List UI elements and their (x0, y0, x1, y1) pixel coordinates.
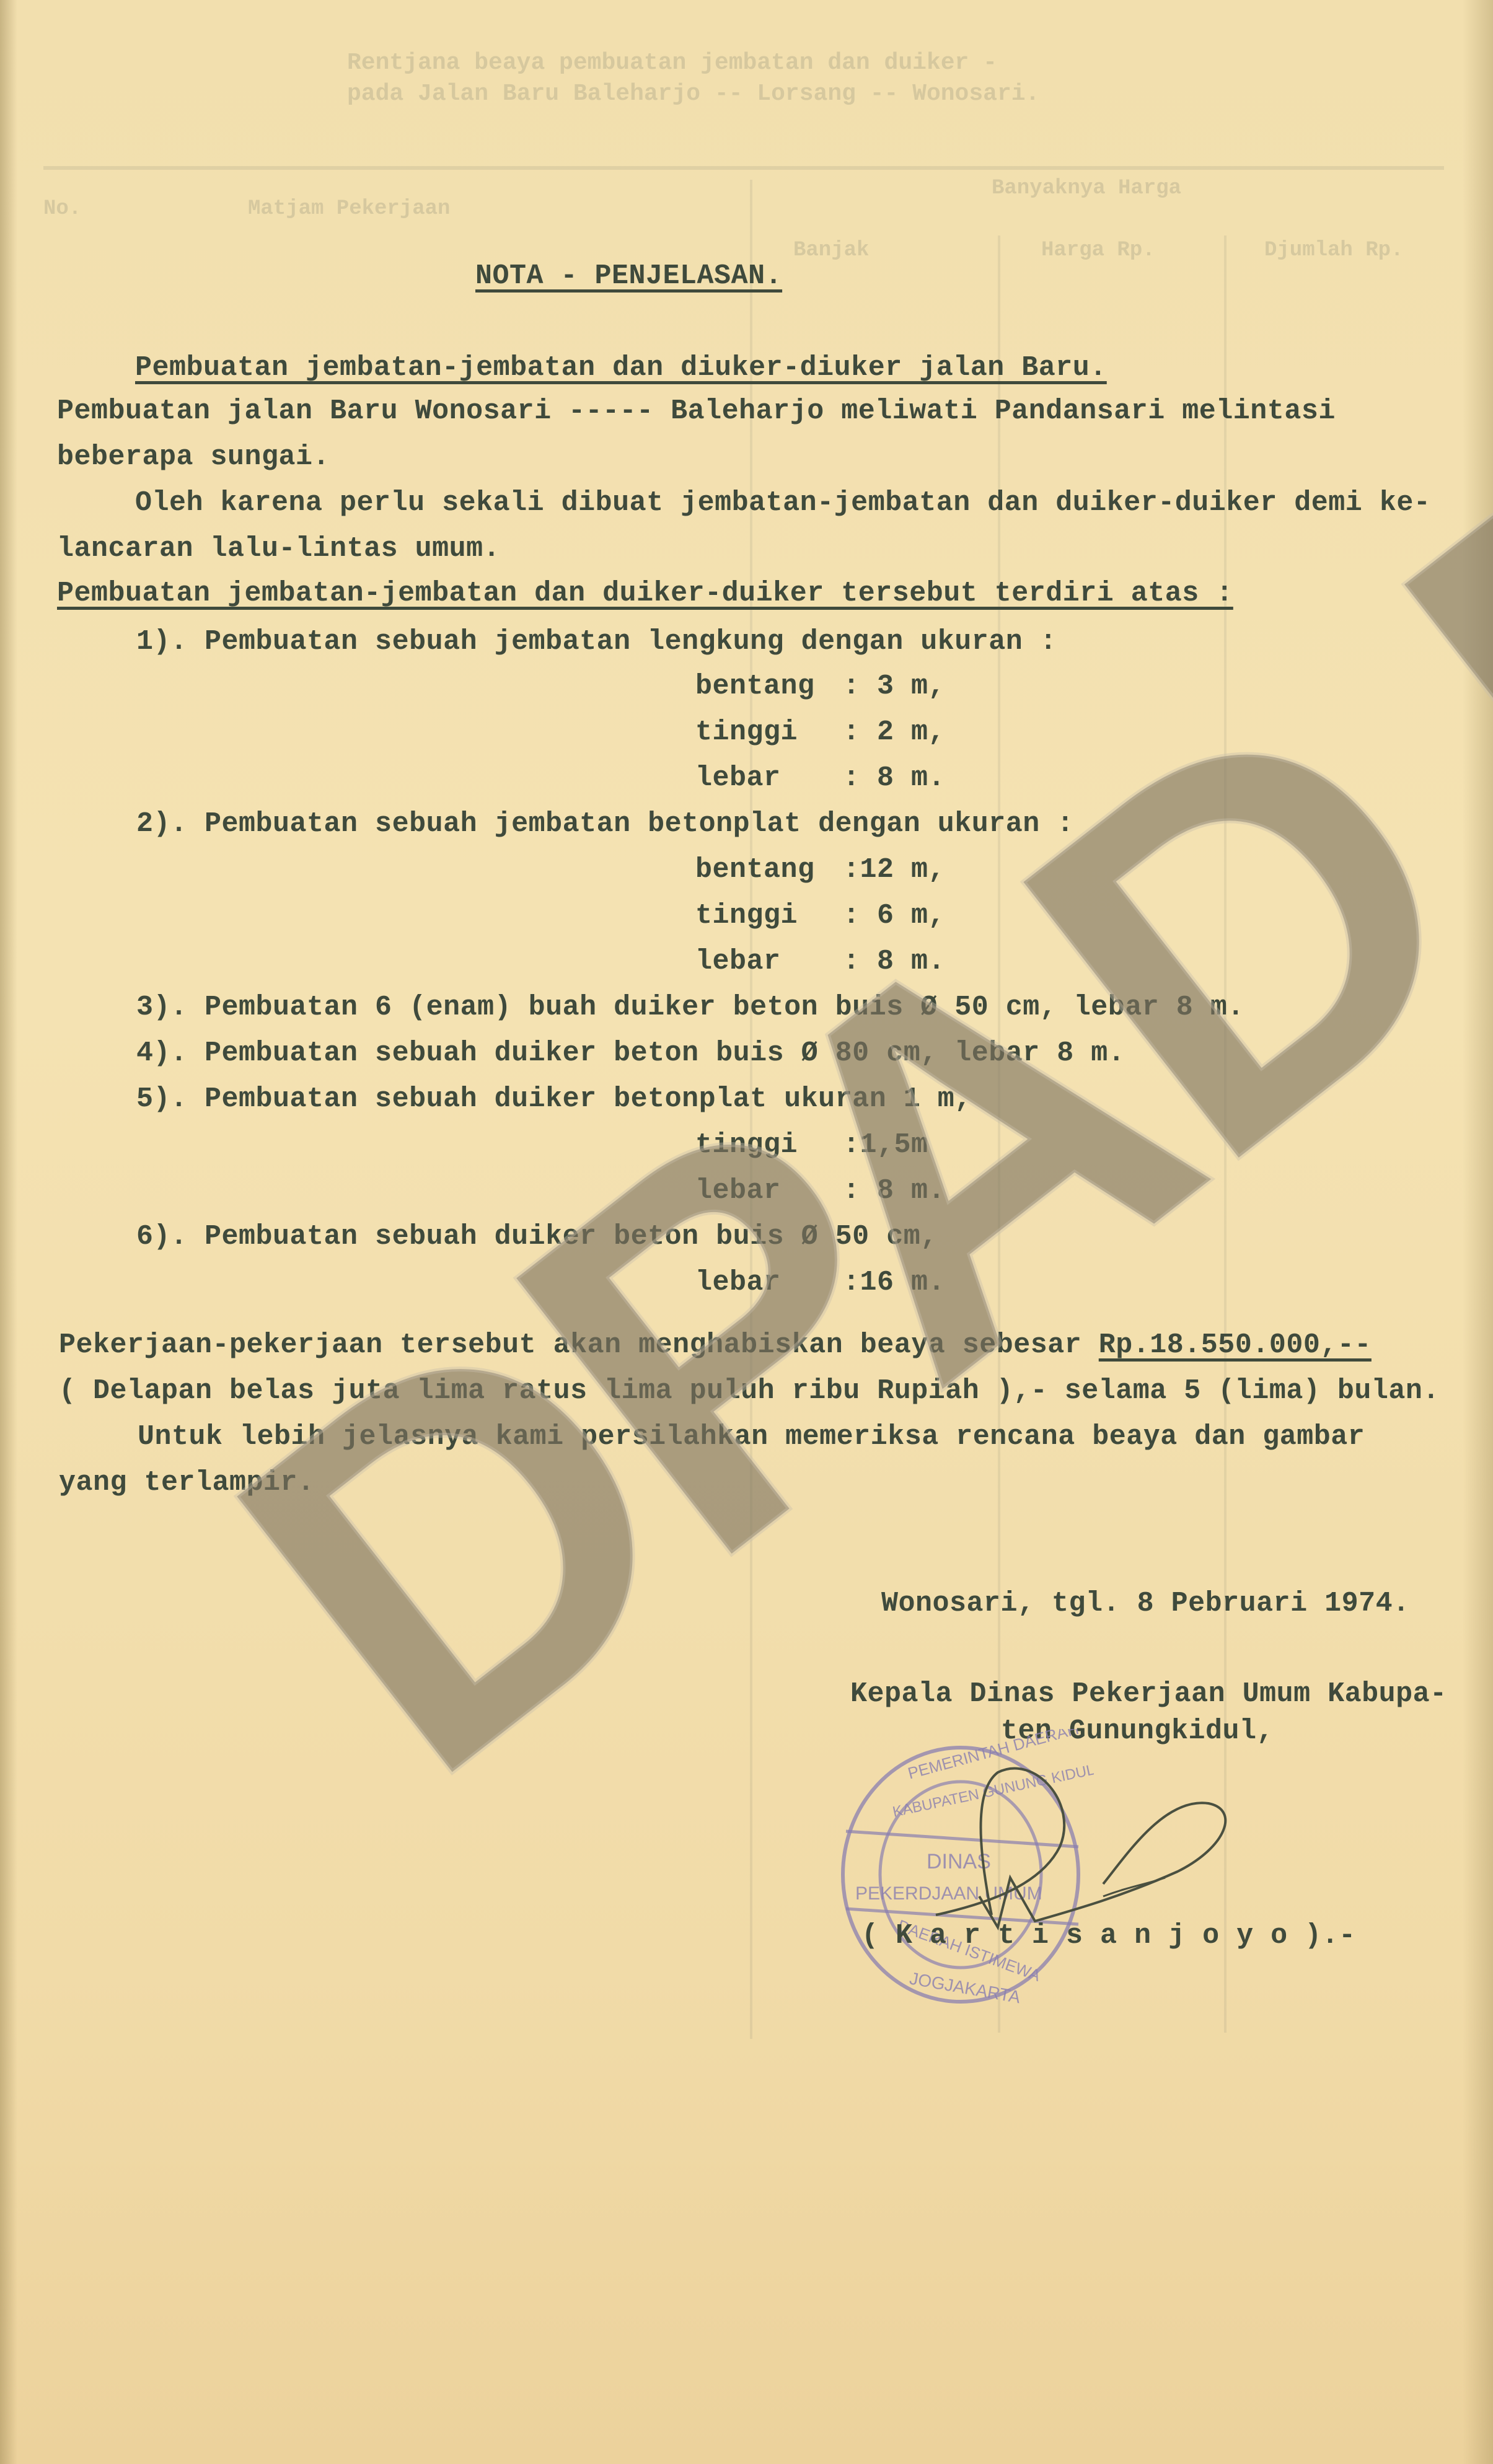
dim-label: bentang (695, 671, 815, 702)
paragraph-line: Oleh karena perlu sekali dibuat jembatan… (135, 487, 1430, 519)
signature-icon (917, 1754, 1301, 1940)
ghost-col-price: Harga Rp. (1041, 239, 1155, 262)
ghost-col-no: No. (43, 197, 81, 221)
page-title: NOTA - PENJELASAN. (475, 260, 782, 292)
ghost-rule (43, 166, 1444, 170)
ghost-header-1: Rentjana beaya pembuatan jembatan dan du… (347, 50, 997, 76)
place-date: Wonosari, tgl. 8 Pebruari 1974. (881, 1588, 1410, 1619)
ghost-col-cost: Banyaknya Harga (992, 177, 1181, 200)
dim-label: lebar (695, 762, 781, 794)
ghost-col-work: Matjam Pekerjaan (248, 197, 450, 221)
ghost-col-total: Djumlah Rp. (1264, 239, 1403, 262)
section-heading: Pembuatan jembatan-jembatan dan diuker-d… (135, 352, 1107, 384)
dim-label: bentang (695, 854, 815, 886)
signatory-name: ( K a r t i s a n j o y o ).- (861, 1920, 1356, 1951)
paragraph-line: Pembuatan jalan Baru Wonosari ----- Bale… (57, 395, 1336, 427)
signatory-position: Kepala Dinas Pekerjaan Umum Kabupa- (850, 1678, 1447, 1710)
dim-value: : 8 m. (843, 762, 945, 794)
dim-value: : 3 m, (843, 671, 945, 702)
list-heading: Pembuatan jembatan-jembatan dan duiker-d… (57, 578, 1233, 609)
paragraph-line: lancaran lalu-lintas umum. (57, 533, 500, 565)
list-item: 1). Pembuatan sebuah jembatan lengkung d… (136, 626, 1057, 658)
paragraph-line: beberapa sungai. (57, 441, 330, 473)
ghost-header-2: pada Jalan Baru Baleharjo -- Lorsang -- … (347, 81, 1039, 107)
ghost-col-qty: Banjak (793, 239, 869, 262)
dim-label: tinggi (695, 716, 798, 748)
dim-value: : 2 m, (843, 716, 945, 748)
